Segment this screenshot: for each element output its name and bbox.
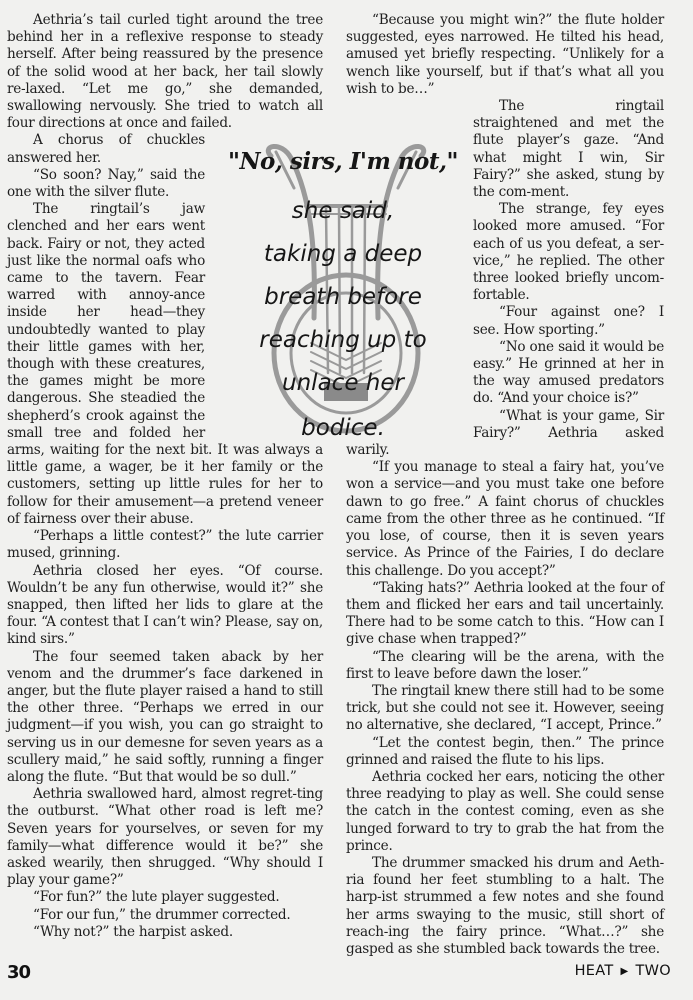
paragraph: The drummer smacked his drum and Aeth-ri… [346, 855, 664, 958]
paragraph: “Because you might win?” the flute holde… [346, 12, 664, 98]
paragraph: “Taking hats?” Aethria looked at the fou… [346, 580, 664, 649]
paragraph: Aethria cocked her ears, noticing the ot… [346, 769, 664, 855]
pull-quote: "No, sirs, I'm not," she said, taking a … [218, 128, 468, 458]
running-footer: HEAT▶TWO [575, 963, 671, 979]
paragraph: The four seemed taken aback by her venom… [7, 649, 323, 787]
paragraph: “Perhaps a little contest?” the lute car… [7, 528, 323, 562]
pull-quote-line: reaching up to [218, 327, 468, 353]
paragraph: “If you manage to steal a fairy hat, you… [346, 459, 664, 579]
footer-publication: HEAT [575, 963, 614, 979]
pull-quote-line: unlace her [218, 370, 468, 396]
pull-quote-line: taking a deep [218, 241, 468, 267]
paragraph: “For our fun,” the drummer corrected. [7, 907, 323, 924]
pull-quote-line: breath before [218, 284, 468, 310]
paragraph: “Let the contest begin, then.” The princ… [346, 735, 664, 769]
paragraph: Aethria’s tail curled tight around the t… [7, 12, 323, 132]
pull-quote-headline: "No, sirs, I'm not," [218, 148, 468, 175]
right-triangle-icon: ▶ [620, 966, 628, 977]
footer-issue: TWO [635, 963, 671, 979]
paragraph: Aethria closed her eyes. “Of course. Wou… [7, 563, 323, 649]
paragraph: “The clearing will be the arena, with th… [346, 649, 664, 683]
paragraph: “For fun?” the lute player suggested. [7, 889, 323, 906]
pull-quote-line: bodice. [218, 415, 468, 441]
paragraph: “Why not?” the harpist asked. [7, 924, 323, 941]
pull-quote-line: she said, [218, 198, 468, 224]
paragraph: The ringtail knew there still had to be … [346, 683, 664, 735]
magazine-page: Aethria’s tail curled tight around the t… [0, 0, 693, 1000]
paragraph: Aethria swallowed hard, almost regret-ti… [7, 786, 323, 889]
page-number: 30 [7, 962, 30, 983]
